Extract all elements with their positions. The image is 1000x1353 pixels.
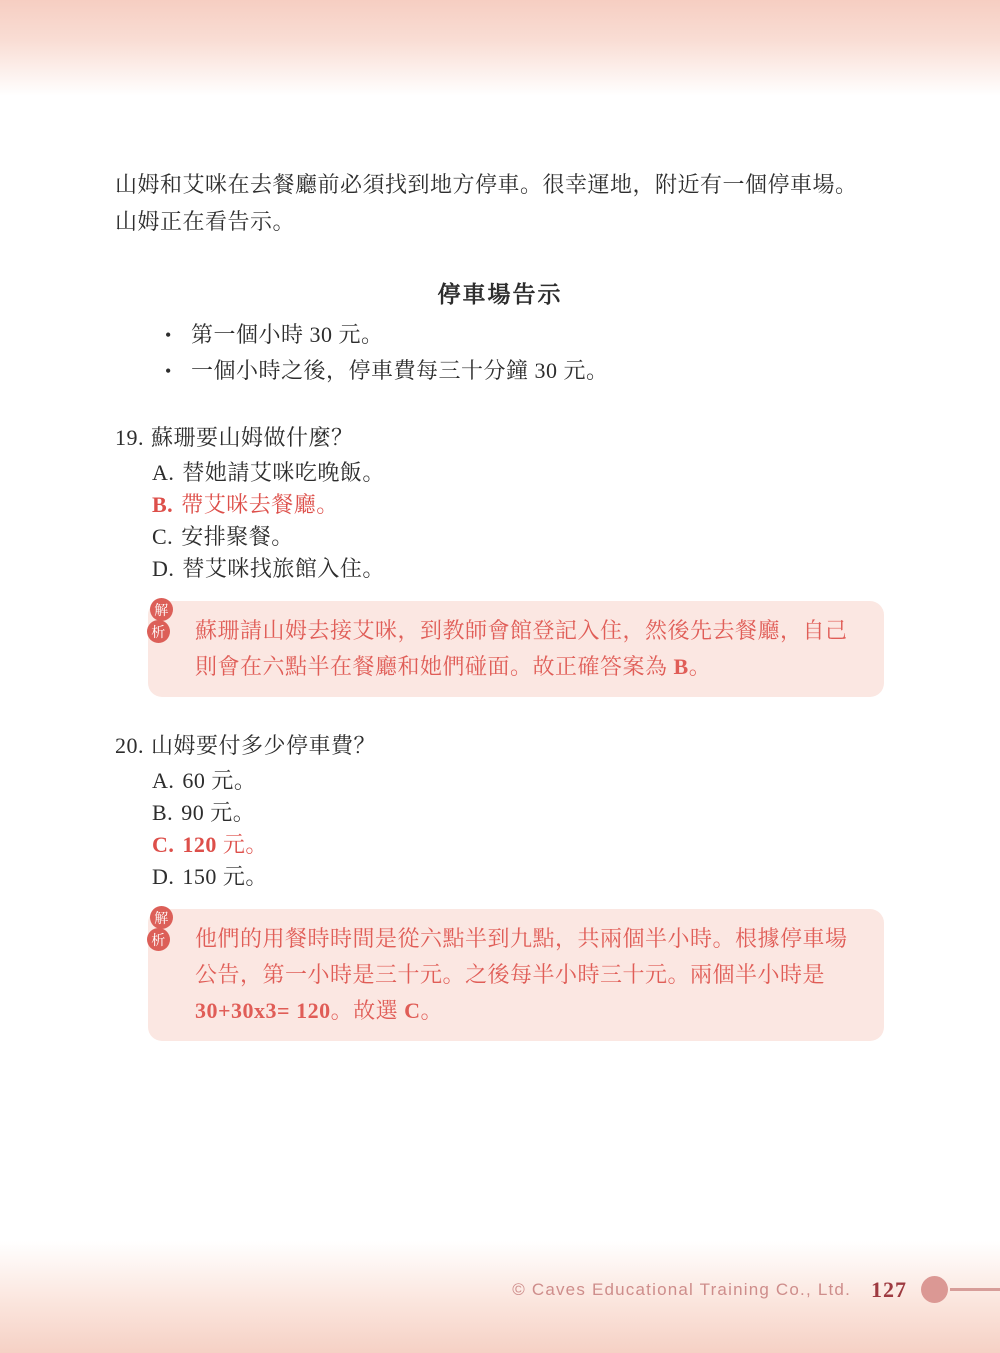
intro-paragraph: 山姆和艾咪在去餐廳前必須找到地方停車。很幸運地，附近有一個停車場。 山姆正在看告…: [115, 166, 885, 240]
explanation-run: 。: [689, 654, 712, 679]
question-stem: 蘇珊要山姆做什麼？: [151, 425, 354, 450]
option-unit: 元。: [223, 864, 268, 889]
explanation-answer-letter: C: [404, 998, 420, 1023]
notice-item-text: 第一個小時 30 元。: [191, 322, 384, 347]
explanation-answer-letter: B: [674, 654, 689, 679]
question-stem: 山姆要付多少停車費？: [151, 733, 376, 758]
option-label: C.: [152, 524, 173, 549]
option-text: 安排聚餐。: [181, 524, 294, 549]
question-20-options: A.60元。 B.90元。 C.120元。 D.150元。: [152, 765, 885, 893]
analysis-badge: 解 析: [150, 598, 176, 643]
option-a: A.替她請艾咪吃晚飯。: [152, 457, 885, 489]
question-19: 19.蘇珊要山姆做什麼？ A.替她請艾咪吃晚飯。 B.帶艾咪去餐廳。 C.安排聚…: [115, 421, 885, 697]
analysis-badge-bottom-icon: 析: [147, 620, 170, 643]
option-a: A.60元。: [152, 765, 885, 797]
option-label: A.: [152, 460, 174, 485]
analysis-badge-bottom-icon: 析: [147, 928, 170, 951]
analysis-badge-top-icon: 解: [150, 598, 173, 621]
option-label: A.: [152, 768, 174, 793]
option-label: D.: [152, 864, 174, 889]
notice-item: • 一個小時之後，停車費每三十分鐘 30 元。: [165, 353, 885, 389]
explanation-box-20: 解 析 他們的用餐時時間是從六點半到九點，共兩個半小時。根據停車場公告，第一小時…: [148, 909, 884, 1041]
option-b-correct: B.帶艾咪去餐廳。: [152, 489, 885, 521]
explanation-run: 他們的用餐時時間是從六點半到九點，共兩個半小時。根據停車場公告，第一小時是三十元…: [195, 926, 848, 987]
option-label: D.: [152, 556, 174, 581]
explanation-text: 蘇珊請山姆去接艾咪，到教師會館登記入住，然後先去餐廳，自己則會在六點半在餐廳和她…: [195, 613, 860, 685]
textbook-page: 山姆和艾咪在去餐廳前必須找到地方停車。很幸運地，附近有一個停車場。 山姆正在看告…: [0, 0, 1000, 1353]
explanation-run: 蘇珊請山姆去接艾咪，到教師會館登記入住，然後先去餐廳，自己則會在六點半在餐廳和她…: [195, 618, 848, 679]
option-unit: 元。: [210, 800, 255, 825]
notice-title: 停車場告示: [115, 276, 885, 309]
question-19-text: 19.蘇珊要山姆做什麼？: [115, 421, 885, 454]
page-number: 127: [871, 1277, 907, 1303]
footer-dot-icon: [921, 1276, 948, 1303]
option-value: 90: [181, 800, 204, 825]
page-footer: © Caves Educational Training Co., Ltd. 1…: [0, 1276, 1000, 1303]
bullet-icon: •: [165, 318, 185, 353]
question-number: 19.: [115, 425, 144, 450]
option-value: 60: [182, 768, 205, 793]
question-20: 20.山姆要付多少停車費？ A.60元。 B.90元。 C.120元。 D.15…: [115, 729, 885, 1041]
analysis-badge: 解 析: [150, 906, 176, 951]
explanation-text: 他們的用餐時時間是從六點半到九點，共兩個半小時。根據停車場公告，第一小時是三十元…: [195, 921, 860, 1029]
intro-line-2: 山姆正在看告示。: [115, 203, 885, 240]
option-d: D.150元。: [152, 861, 885, 893]
explanation-run: 。故選: [331, 998, 405, 1023]
option-value: 150: [182, 864, 217, 889]
explanation-box-19: 解 析 蘇珊請山姆去接艾咪，到教師會館登記入住，然後先去餐廳，自己則會在六點半在…: [148, 601, 884, 697]
option-label: B.: [152, 492, 173, 517]
bullet-icon: •: [165, 354, 185, 389]
option-label: C.: [152, 832, 174, 857]
question-20-text: 20.山姆要付多少停車費？: [115, 729, 885, 762]
explanation-run: 。: [420, 998, 443, 1023]
copyright-text: © Caves Educational Training Co., Ltd.: [512, 1280, 851, 1300]
option-value: 120: [182, 832, 217, 857]
page-content: 山姆和艾咪在去餐廳前必須找到地方停車。很幸運地，附近有一個停車場。 山姆正在看告…: [0, 0, 1000, 1041]
option-text: 帶艾咪去餐廳。: [181, 492, 339, 517]
option-unit: 元。: [211, 768, 256, 793]
notice-item-text: 一個小時之後，停車費每三十分鐘 30 元。: [191, 358, 609, 383]
option-unit: 元。: [223, 832, 268, 857]
option-label: B.: [152, 800, 173, 825]
notice-list: • 第一個小時 30 元。 • 一個小時之後，停車費每三十分鐘 30 元。: [115, 317, 885, 389]
notice-item: • 第一個小時 30 元。: [165, 317, 885, 353]
question-19-options: A.替她請艾咪吃晚飯。 B.帶艾咪去餐廳。 C.安排聚餐。 D.替艾咪找旅館入住…: [152, 457, 885, 585]
option-text: 替她請艾咪吃晚飯。: [182, 460, 385, 485]
explanation-formula: 30+30x3= 120: [195, 998, 331, 1023]
option-c: C.安排聚餐。: [152, 521, 885, 553]
option-b: B.90元。: [152, 797, 885, 829]
intro-line-1: 山姆和艾咪在去餐廳前必須找到地方停車。很幸運地，附近有一個停車場。: [115, 166, 885, 203]
question-number: 20.: [115, 733, 144, 758]
option-d: D.替艾咪找旅館入住。: [152, 553, 885, 585]
option-text: 替艾咪找旅館入住。: [182, 556, 385, 581]
option-c-correct: C.120元。: [152, 829, 885, 861]
analysis-badge-top-icon: 解: [150, 906, 173, 929]
footer-decoration-line: [950, 1288, 1000, 1291]
